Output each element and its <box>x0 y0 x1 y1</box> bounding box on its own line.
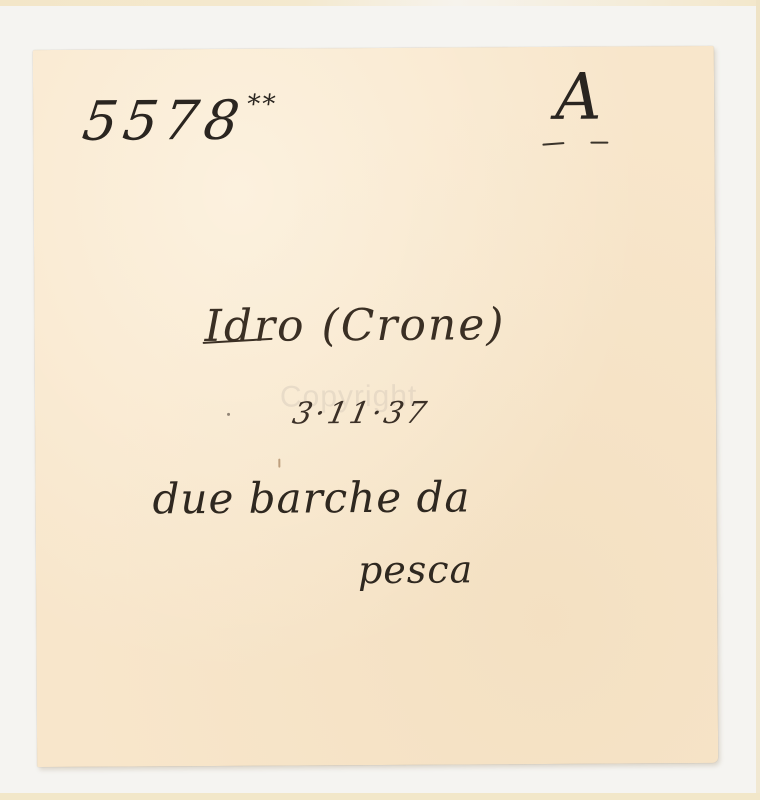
mount-bottom-edge <box>0 793 760 800</box>
catalog-number: 5578** <box>79 89 279 153</box>
description-line-1: due barche da <box>152 472 470 523</box>
series-underline-right <box>590 142 608 144</box>
location-title: Idro (Crone) <box>204 299 505 352</box>
mount-right-edge <box>756 0 760 800</box>
ink-speck <box>227 413 230 416</box>
description-line-2: pesca <box>358 547 474 592</box>
paper-card: 5578** A Idro (Crone) Copyright 3·11·37 … <box>33 46 718 767</box>
mount-top-edge <box>0 0 760 6</box>
series-letter: A <box>555 61 602 135</box>
series-underline-left <box>542 142 564 146</box>
catalog-marks: ** <box>245 90 279 120</box>
date-text: 3·11·37 <box>289 396 432 432</box>
catalog-number-digits: 5578 <box>79 89 249 153</box>
ink-speck <box>278 459 280 468</box>
